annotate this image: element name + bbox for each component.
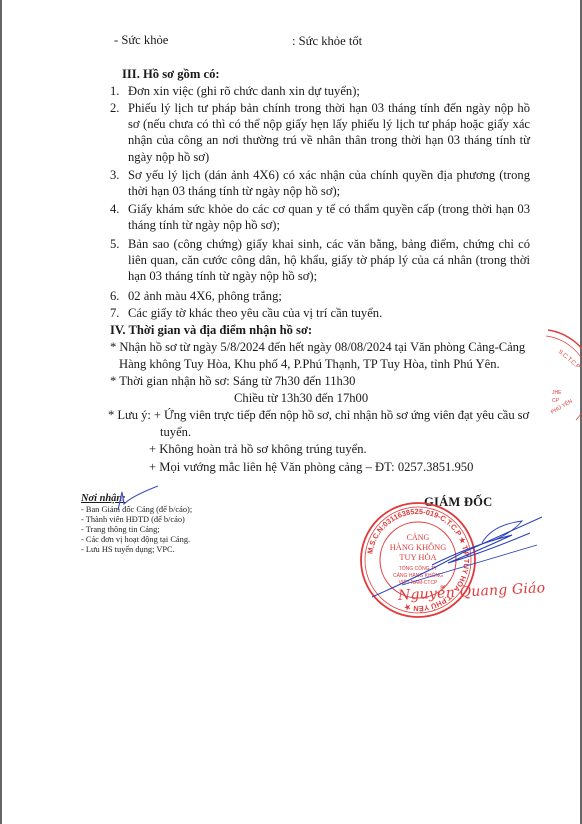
recipient-item: - Lưu HS tuyển dụng; VPC. <box>81 545 175 555</box>
list-item-text: Đơn xin việc (ghi rõ chức danh xin dự tu… <box>128 83 530 99</box>
list-item-text: Bản sao (công chứng) giấy khai sinh, các… <box>128 236 530 285</box>
svg-text:JHE: JHE <box>552 390 562 396</box>
note-line-3: + Mọi vướng mắc liên hệ Văn phòng cảng –… <box>149 459 473 475</box>
list-item-number: 7. <box>110 305 119 321</box>
section-4-heading: IV. Thời gian và địa điểm nhận hồ sơ: <box>110 322 312 338</box>
svg-text:VIỆT NAM-CTCP: VIỆT NAM-CTCP <box>399 578 438 586</box>
list-item-number: 3. <box>110 167 119 183</box>
svg-text:CP: CP <box>552 398 560 404</box>
list-item: 5. Bản sao (công chứng) giấy khai sinh, … <box>110 236 530 285</box>
document-page: - Sức khỏe : Sức khỏe tốt III. Hồ sơ gồm… <box>0 0 582 824</box>
list-item: 3. Sơ yếu lý lịch (dán ảnh 4X6) có xác n… <box>110 167 530 199</box>
recipient-item: - Thành viên HĐTD (để b/cáo) <box>81 515 185 525</box>
note-line-2: + Không hoàn trả hồ sơ không trúng tuyển… <box>149 441 367 457</box>
list-item-text: Sơ yếu lý lịch (dán ảnh 4X6) có xác nhận… <box>128 167 530 199</box>
list-item-text: Các giấy tờ khác theo yêu cầu của vị trí… <box>128 305 530 321</box>
health-label: - Sức khỏe <box>114 32 168 48</box>
list-item-text: 02 ảnh màu 4X6, phông trắng; <box>128 288 530 304</box>
receive-period-line-2: Hàng không Tuy Hòa, Khu phố 4, P.Phú Thạ… <box>119 356 500 372</box>
list-item-number: 6. <box>110 288 119 304</box>
list-item-text: Phiếu lý lịch tư pháp bản chính trong th… <box>128 100 530 165</box>
recipient-item: - Các đơn vị hoạt động tại Cảng. <box>81 535 190 545</box>
note-line-1-continued: tuyển. <box>160 424 191 440</box>
side-stamp-fragment-icon: S.C.T.C.P JHE CP PHÚ YÊN <box>546 322 582 432</box>
receive-time-afternoon: Chiều từ 13h30 đến 17h00 <box>234 390 368 406</box>
health-value: : Sức khỏe tốt <box>292 33 362 49</box>
section-3-heading: III. Hồ sơ gồm có: <box>122 66 220 82</box>
recipient-item: - Ban Giám đốc Cảng (để b/cáo); <box>81 505 192 515</box>
svg-text:TỔNG CÔNG TY: TỔNG CÔNG TY <box>399 565 438 572</box>
svg-text:TUY HÒA: TUY HÒA <box>399 552 436 562</box>
list-item-number: 1. <box>110 83 119 99</box>
receive-period-line-1: * Nhận hồ sơ từ ngày 5/8/2024 đến hết ng… <box>110 339 525 355</box>
list-item: 1. Đơn xin việc (ghi rõ chức danh xin dự… <box>110 83 530 99</box>
recipients-title: Nơi nhận: <box>81 493 126 504</box>
svg-text:CẢNG HÀNG KHÔNG: CẢNG HÀNG KHÔNG <box>393 572 443 579</box>
svg-text:HÀNG KHÔNG: HÀNG KHÔNG <box>390 542 447 552</box>
list-item-text: Giấy khám sức khỏe do các cơ quan y tế c… <box>128 201 530 233</box>
list-item-number: 4. <box>110 201 119 217</box>
list-item: 2. Phiếu lý lịch tư pháp bản chính trong… <box>110 100 530 165</box>
svg-text:CẢNG: CẢNG <box>407 532 430 542</box>
list-item: 4. Giấy khám sức khỏe do các cơ quan y t… <box>110 201 530 233</box>
list-item-number: 5. <box>110 236 119 252</box>
list-item-number: 2. <box>110 100 119 116</box>
list-item: 7. Các giấy tờ khác theo yêu cầu của vị … <box>110 305 530 321</box>
recipient-item: - Trang thông tin Cảng; <box>81 525 160 535</box>
note-line-1: * Lưu ý: + Ứng viên trực tiếp đến nộp hồ… <box>108 407 529 423</box>
list-item: 6. 02 ảnh màu 4X6, phông trắng; <box>110 288 530 304</box>
receive-time-morning: * Thời gian nhận hồ sơ: Sáng từ 7h30 đến… <box>110 373 355 389</box>
